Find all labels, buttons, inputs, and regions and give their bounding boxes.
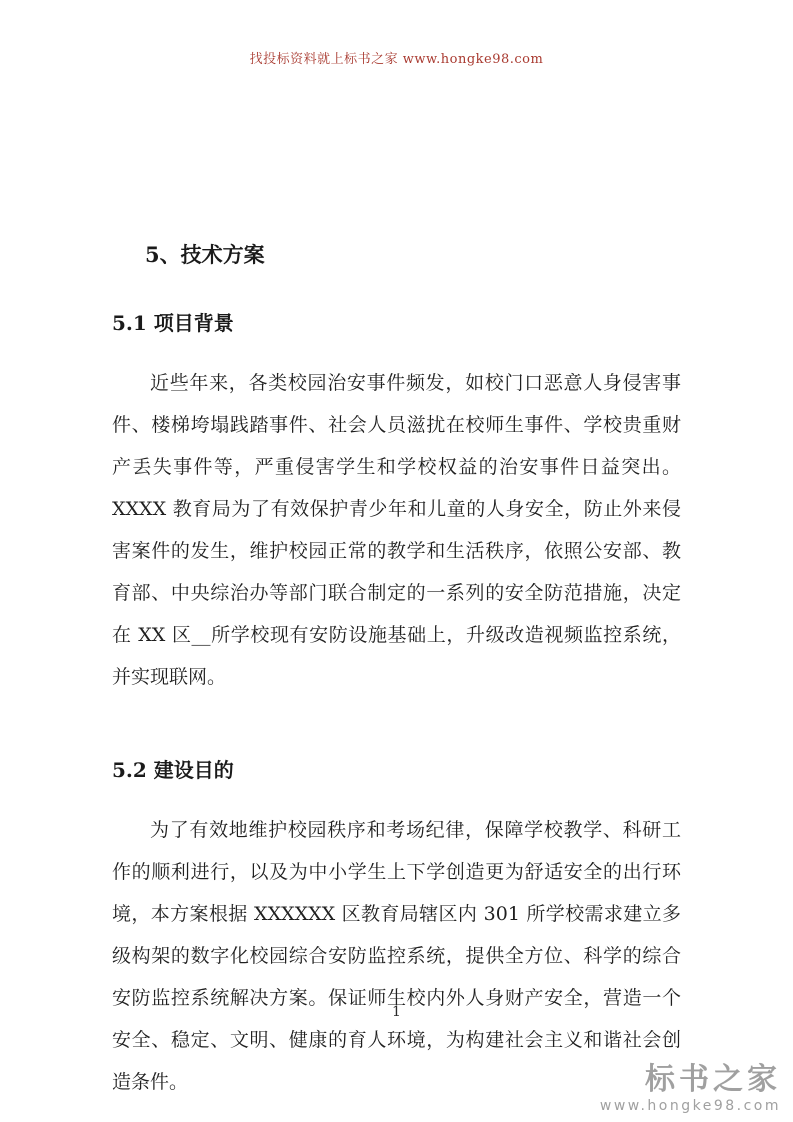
document-page: 找投标资料就上标书之家 www.hongke98.com 5、技术方案 5.1 … (0, 0, 793, 1122)
section-heading-5-1: 5.1 项目背景 (112, 307, 681, 336)
paragraph-construction-purpose: 为了有效地维护校园秩序和考场纪律，保障学校教学、科研工作的顺利进行，以及为中小学… (112, 809, 681, 1103)
section-project-background: 5.1 项目背景 近些年来，各类校园治安事件频发，如校门口恶意人身侵害事件、楼梯… (0, 307, 793, 698)
header-watermark-text: 找投标资料就上标书之家 www.hongke98.com (0, 0, 793, 67)
document-title: 5、技术方案 (145, 239, 681, 269)
page-number: 1 (0, 1004, 793, 1020)
paragraph-project-background: 近些年来，各类校园治安事件频发，如校门口恶意人身侵害事件、楼梯垮塌践踏事件、社会… (112, 362, 681, 698)
corner-watermark: 标书之家 www.hongke98.com (600, 1063, 781, 1114)
section-heading-5-2: 5.2 建设目的 (112, 754, 681, 783)
section-construction-purpose: 5.2 建设目的 为了有效地维护校园秩序和考场纪律，保障学校教学、科研工作的顺利… (0, 754, 793, 1103)
watermark-brand-text: 标书之家 (600, 1063, 781, 1096)
watermark-url-text: www.hongke98.com (600, 1099, 781, 1114)
